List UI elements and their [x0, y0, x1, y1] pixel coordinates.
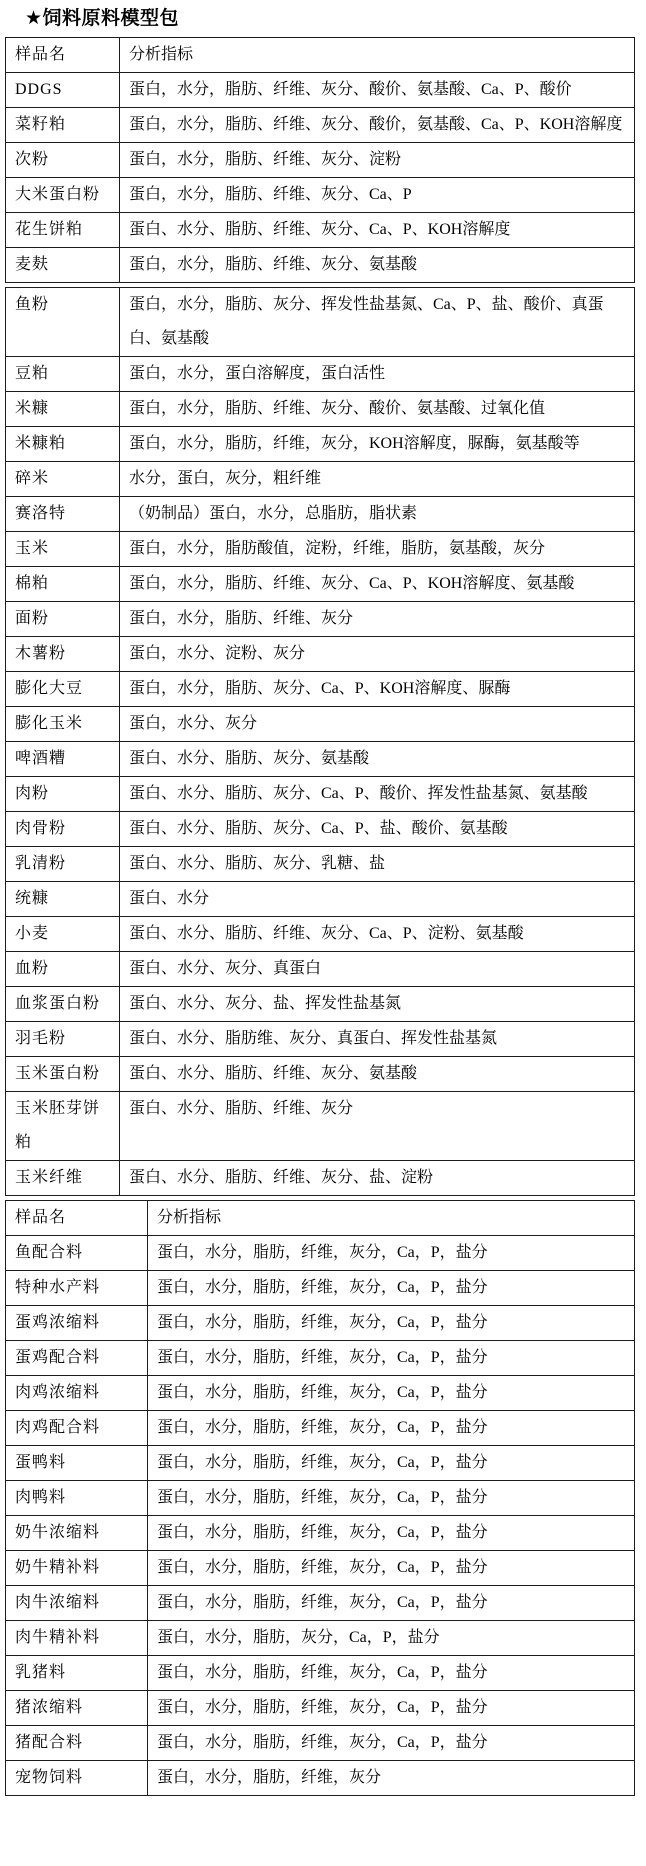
indicators-cell: 蛋白，水分，脂肪，纤维，灰分，Ca，P，盐分 — [148, 1516, 635, 1551]
indicators-cell: 蛋白、水分、脂肪、纤维、灰分、氨基酸 — [120, 1057, 635, 1092]
column-header-sample-name: 样品名 — [6, 1201, 148, 1236]
table-row: 肉鸡配合料 蛋白，水分，脂肪，纤维，灰分，Ca，P，盐分 — [6, 1411, 635, 1446]
sample-name-cell: 肉鸡浓缩料 — [6, 1376, 148, 1411]
indicators-cell: 蛋白，水分，脂肪、纤维、灰分 — [120, 602, 635, 637]
sample-name-cell: 花生饼粕 — [6, 213, 120, 248]
indicators-cell: 蛋白，水分、淀粉、灰分 — [120, 637, 635, 672]
table-header-row: 样品名 分析指标 — [6, 1201, 635, 1236]
sample-name-cell: 木薯粉 — [6, 637, 120, 672]
sample-name-cell: 米糠粕 — [6, 427, 120, 462]
table-row: 血浆蛋白粉 蛋白、水分、灰分、盐、挥发性盐基氮 — [6, 987, 635, 1022]
table-row: 大米蛋白粉 蛋白，水分，脂肪、纤维、灰分、Ca、P — [6, 178, 635, 213]
sample-name-cell: 赛洛特 — [6, 497, 120, 532]
table-row: 奶牛浓缩料 蛋白，水分，脂肪，纤维，灰分，Ca，P，盐分 — [6, 1516, 635, 1551]
indicators-cell: 蛋白、水分、脂肪维、灰分、真蛋白、挥发性盐基氮 — [120, 1022, 635, 1057]
table-row: 乳猪料 蛋白，水分，脂肪，纤维，灰分，Ca，P，盐分 — [6, 1656, 635, 1691]
table-row: 鱼配合料 蛋白，水分，脂肪，纤维，灰分，Ca，P，盐分 — [6, 1236, 635, 1271]
indicators-cell: 蛋白，水分，脂肪，纤维，灰分，Ca，P，盐分 — [148, 1271, 635, 1306]
sample-name-cell: 肉牛浓缩料 — [6, 1586, 148, 1621]
indicators-cell: 蛋白，水分，脂肪、灰分、挥发性盐基氮、Ca、P、盐、酸价、真蛋白、氨基酸 — [120, 288, 635, 357]
sample-name-cell: 肉牛精补料 — [6, 1621, 148, 1656]
indicators-cell: 蛋白，水分，脂肪，纤维，灰分，Ca，P，盐分 — [148, 1726, 635, 1761]
sample-name-cell: DDGS — [6, 73, 120, 108]
table-row: 花生饼粕 蛋白、水分、脂肪、纤维、灰分、Ca、P、KOH溶解度 — [6, 213, 635, 248]
sample-name-cell: 膨化大豆 — [6, 672, 120, 707]
table-row: 特种水产料 蛋白，水分，脂肪，纤维，灰分，Ca，P，盐分 — [6, 1271, 635, 1306]
indicators-cell: 蛋白，水分，脂肪、纤维、灰分、酸价，氨基酸、Ca、P、KOH溶解度 — [120, 108, 635, 143]
sample-name-cell: 肉鸡配合料 — [6, 1411, 148, 1446]
sample-name-cell: 统糠 — [6, 882, 120, 917]
column-header-indicators: 分析指标 — [120, 38, 635, 73]
sample-name-cell: 蛋鸡配合料 — [6, 1341, 148, 1376]
table-row: 小麦 蛋白、水分、脂肪、纤维、灰分、Ca、P、淀粉、氨基酸 — [6, 917, 635, 952]
indicators-cell: 蛋白、水分、脂肪、灰分、Ca、P、酸价、挥发性盐基氮、氨基酸 — [120, 777, 635, 812]
sample-name-cell: 玉米胚芽饼粕 — [6, 1092, 120, 1161]
indicators-cell: 蛋白、水分、脂肪、纤维、灰分、Ca、P、淀粉、氨基酸 — [120, 917, 635, 952]
table-row: 蛋鸡配合料 蛋白，水分，脂肪，纤维，灰分，Ca，P，盐分 — [6, 1341, 635, 1376]
indicators-cell: 蛋白，水分，脂肪，纤维，灰分，Ca，P，盐分 — [148, 1481, 635, 1516]
sample-name-cell: 碎米 — [6, 462, 120, 497]
table-row: 猪浓缩料 蛋白，水分，脂肪，纤维，灰分，Ca，P，盐分 — [6, 1691, 635, 1726]
sample-name-cell: 玉米蛋白粉 — [6, 1057, 120, 1092]
compound-feed-table: 样品名 分析指标 鱼配合料 蛋白，水分，脂肪，纤维，灰分，Ca，P，盐分 特种水… — [5, 1200, 635, 1796]
table-row: 膨化玉米 蛋白，水分、灰分 — [6, 707, 635, 742]
indicators-cell: 蛋白，水分，脂肪、纤维、灰分、酸价、氨基酸、过氧化值 — [120, 392, 635, 427]
sample-name-cell: 鱼粉 — [6, 288, 120, 357]
table-row: 羽毛粉 蛋白、水分、脂肪维、灰分、真蛋白、挥发性盐基氮 — [6, 1022, 635, 1057]
sample-name-cell: 次粉 — [6, 143, 120, 178]
table-row: 豆粕 蛋白，水分，蛋白溶解度，蛋白活性 — [6, 357, 635, 392]
table-row: 碎米 水分，蛋白，灰分，粗纤维 — [6, 462, 635, 497]
indicators-cell: 蛋白，水分，脂肪、灰分、Ca、P、KOH溶解度、脲酶 — [120, 672, 635, 707]
indicators-cell: 蛋白，水分，脂肪，纤维，灰分，Ca，P，盐分 — [148, 1341, 635, 1376]
table-row: 啤酒糟 蛋白、水分、脂肪、灰分、氨基酸 — [6, 742, 635, 777]
indicators-cell: 蛋白，水分，脂肪，纤维，灰分，Ca，P，盐分 — [148, 1691, 635, 1726]
table-row: 肉牛浓缩料 蛋白，水分，脂肪，纤维，灰分，Ca，P，盐分 — [6, 1586, 635, 1621]
indicators-cell: 蛋白，水分，脂肪，纤维，灰分 — [148, 1761, 635, 1796]
table-row: 奶牛精补料 蛋白，水分，脂肪，纤维，灰分，Ca，P，盐分 — [6, 1551, 635, 1586]
table-row: 鱼粉 蛋白，水分，脂肪、灰分、挥发性盐基氮、Ca、P、盐、酸价、真蛋白、氨基酸 — [6, 288, 635, 357]
sample-name-cell: 鱼配合料 — [6, 1236, 148, 1271]
sample-name-cell: 羽毛粉 — [6, 1022, 120, 1057]
sample-name-cell: 玉米 — [6, 532, 120, 567]
table-row: 赛洛特 （奶制品）蛋白，水分，总脂肪，脂状素 — [6, 497, 635, 532]
sample-name-cell: 大米蛋白粉 — [6, 178, 120, 213]
indicators-cell: 蛋白，水分，脂肪、纤维、灰分、淀粉 — [120, 143, 635, 178]
sample-name-cell: 小麦 — [6, 917, 120, 952]
sample-name-cell: 乳猪料 — [6, 1656, 148, 1691]
sample-name-cell: 菜籽粕 — [6, 108, 120, 143]
table-row: 猪配合料 蛋白，水分，脂肪，纤维，灰分，Ca，P，盐分 — [6, 1726, 635, 1761]
indicators-cell: 蛋白，水分，蛋白溶解度，蛋白活性 — [120, 357, 635, 392]
table-row: 肉粉 蛋白、水分、脂肪、灰分、Ca、P、酸价、挥发性盐基氮、氨基酸 — [6, 777, 635, 812]
sample-name-cell: 玉米纤维 — [6, 1161, 120, 1196]
table-header-row: 样品名 分析指标 — [6, 38, 635, 73]
indicators-cell: 蛋白，水分，脂肪、纤维、灰分、酸价、氨基酸、Ca、P、酸价 — [120, 73, 635, 108]
indicators-cell: 蛋白，水分，脂肪，纤维，灰分，Ca，P，盐分 — [148, 1306, 635, 1341]
sample-name-cell: 蛋鸭料 — [6, 1446, 148, 1481]
table-row: 米糠粕 蛋白，水分，脂肪，纤维，灰分，KOH溶解度，脲酶，氨基酸等 — [6, 427, 635, 462]
raw-material-table-part2: 鱼粉 蛋白，水分，脂肪、灰分、挥发性盐基氮、Ca、P、盐、酸价、真蛋白、氨基酸 … — [5, 287, 635, 1196]
table-row: 统糠 蛋白、水分 — [6, 882, 635, 917]
table-row: 木薯粉 蛋白，水分、淀粉、灰分 — [6, 637, 635, 672]
sample-name-cell: 米糠 — [6, 392, 120, 427]
indicators-cell: 蛋白、水分、脂肪、灰分、氨基酸 — [120, 742, 635, 777]
sample-name-cell: 麦麸 — [6, 248, 120, 283]
indicators-cell: 蛋白，水分，脂肪、纤维、灰分、氨基酸 — [120, 248, 635, 283]
sample-name-cell: 啤酒糟 — [6, 742, 120, 777]
table-row: 玉米蛋白粉 蛋白、水分、脂肪、纤维、灰分、氨基酸 — [6, 1057, 635, 1092]
table-row: 肉牛精补料 蛋白，水分，脂肪，灰分，Ca，P，盐分 — [6, 1621, 635, 1656]
sample-name-cell: 猪浓缩料 — [6, 1691, 148, 1726]
indicators-cell: 蛋白，水分，脂肪，纤维，灰分，Ca，P，盐分 — [148, 1446, 635, 1481]
indicators-cell: 蛋白、水分、脂肪、灰分、Ca、P、盐、酸价、氨基酸 — [120, 812, 635, 847]
sample-name-cell: 豆粕 — [6, 357, 120, 392]
table-row: 蛋鸡浓缩料 蛋白，水分，脂肪，纤维，灰分，Ca，P，盐分 — [6, 1306, 635, 1341]
sample-name-cell: 奶牛精补料 — [6, 1551, 148, 1586]
indicators-cell: 蛋白、水分、脂肪、纤维、灰分、盐、淀粉 — [120, 1161, 635, 1196]
indicators-cell: 蛋白，水分，脂肪酸值，淀粉，纤维，脂肪，氨基酸，灰分 — [120, 532, 635, 567]
table-row: 面粉 蛋白，水分，脂肪、纤维、灰分 — [6, 602, 635, 637]
table-row: 肉鸭料 蛋白，水分，脂肪，纤维，灰分，Ca，P，盐分 — [6, 1481, 635, 1516]
page-title: ★饲料原料模型包 — [25, 3, 646, 30]
column-header-sample-name: 样品名 — [6, 38, 120, 73]
sample-name-cell: 血浆蛋白粉 — [6, 987, 120, 1022]
indicators-cell: 蛋白、水分、脂肪、纤维、灰分 — [120, 1092, 635, 1161]
indicators-cell: 蛋白、水分 — [120, 882, 635, 917]
column-header-indicators: 分析指标 — [148, 1201, 635, 1236]
table-row: 膨化大豆 蛋白，水分，脂肪、灰分、Ca、P、KOH溶解度、脲酶 — [6, 672, 635, 707]
sample-name-cell: 肉粉 — [6, 777, 120, 812]
sample-name-cell: 乳清粉 — [6, 847, 120, 882]
indicators-cell: 水分，蛋白，灰分，粗纤维 — [120, 462, 635, 497]
table-row: DDGS 蛋白，水分，脂肪、纤维、灰分、酸价、氨基酸、Ca、P、酸价 — [6, 73, 635, 108]
sample-name-cell: 奶牛浓缩料 — [6, 1516, 148, 1551]
table-row: 肉骨粉 蛋白、水分、脂肪、灰分、Ca、P、盐、酸价、氨基酸 — [6, 812, 635, 847]
indicators-cell: 蛋白、水分、脂肪、纤维、灰分、Ca、P、KOH溶解度 — [120, 213, 635, 248]
indicators-cell: 蛋白，水分，脂肪，纤维，灰分，Ca，P，盐分 — [148, 1376, 635, 1411]
indicators-cell: 蛋白，水分，脂肪、纤维、灰分、Ca、P、KOH溶解度、氨基酸 — [120, 567, 635, 602]
table-row: 血粉 蛋白、水分、灰分、真蛋白 — [6, 952, 635, 987]
table-row: 玉米纤维 蛋白、水分、脂肪、纤维、灰分、盐、淀粉 — [6, 1161, 635, 1196]
table-row: 米糠 蛋白，水分，脂肪、纤维、灰分、酸价、氨基酸、过氧化值 — [6, 392, 635, 427]
indicators-cell: 蛋白、水分、脂肪、灰分、乳糖、盐 — [120, 847, 635, 882]
indicators-cell: （奶制品）蛋白，水分，总脂肪，脂状素 — [120, 497, 635, 532]
table-row: 次粉 蛋白，水分，脂肪、纤维、灰分、淀粉 — [6, 143, 635, 178]
indicators-cell: 蛋白，水分，脂肪，纤维，灰分，Ca，P，盐分 — [148, 1236, 635, 1271]
table-row: 玉米胚芽饼粕 蛋白、水分、脂肪、纤维、灰分 — [6, 1092, 635, 1161]
sample-name-cell: 特种水产料 — [6, 1271, 148, 1306]
sample-name-cell: 猪配合料 — [6, 1726, 148, 1761]
indicators-cell: 蛋白、水分、灰分、盐、挥发性盐基氮 — [120, 987, 635, 1022]
indicators-cell: 蛋白，水分，脂肪，灰分，Ca，P，盐分 — [148, 1621, 635, 1656]
indicators-cell: 蛋白，水分、灰分 — [120, 707, 635, 742]
table-row: 肉鸡浓缩料 蛋白，水分，脂肪，纤维，灰分，Ca，P，盐分 — [6, 1376, 635, 1411]
table-row: 菜籽粕 蛋白，水分，脂肪、纤维、灰分、酸价，氨基酸、Ca、P、KOH溶解度 — [6, 108, 635, 143]
indicators-cell: 蛋白，水分，脂肪，纤维，灰分，Ca，P，盐分 — [148, 1586, 635, 1621]
indicators-cell: 蛋白，水分，脂肪，纤维，灰分，Ca，P，盐分 — [148, 1656, 635, 1691]
sample-name-cell: 肉鸭料 — [6, 1481, 148, 1516]
table-row: 宠物饲料 蛋白，水分，脂肪，纤维，灰分 — [6, 1761, 635, 1796]
sample-name-cell: 棉粕 — [6, 567, 120, 602]
raw-material-table-part1: 样品名 分析指标 DDGS 蛋白，水分，脂肪、纤维、灰分、酸价、氨基酸、Ca、P… — [5, 37, 635, 283]
sample-name-cell: 蛋鸡浓缩料 — [6, 1306, 148, 1341]
indicators-cell: 蛋白，水分，脂肪、纤维、灰分、Ca、P — [120, 178, 635, 213]
table-row: 棉粕 蛋白，水分，脂肪、纤维、灰分、Ca、P、KOH溶解度、氨基酸 — [6, 567, 635, 602]
table-row: 乳清粉 蛋白、水分、脂肪、灰分、乳糖、盐 — [6, 847, 635, 882]
sample-name-cell: 血粉 — [6, 952, 120, 987]
indicators-cell: 蛋白，水分，脂肪，纤维，灰分，KOH溶解度，脲酶，氨基酸等 — [120, 427, 635, 462]
sample-name-cell: 面粉 — [6, 602, 120, 637]
table-row: 蛋鸭料 蛋白，水分，脂肪，纤维，灰分，Ca，P，盐分 — [6, 1446, 635, 1481]
indicators-cell: 蛋白、水分、灰分、真蛋白 — [120, 952, 635, 987]
sample-name-cell: 膨化玉米 — [6, 707, 120, 742]
table-row: 玉米 蛋白，水分，脂肪酸值，淀粉，纤维，脂肪，氨基酸，灰分 — [6, 532, 635, 567]
sample-name-cell: 肉骨粉 — [6, 812, 120, 847]
indicators-cell: 蛋白，水分，脂肪，纤维，灰分，Ca，P，盐分 — [148, 1551, 635, 1586]
indicators-cell: 蛋白，水分，脂肪，纤维，灰分，Ca，P，盐分 — [148, 1411, 635, 1446]
table-row: 麦麸 蛋白，水分，脂肪、纤维、灰分、氨基酸 — [6, 248, 635, 283]
sample-name-cell: 宠物饲料 — [6, 1761, 148, 1796]
